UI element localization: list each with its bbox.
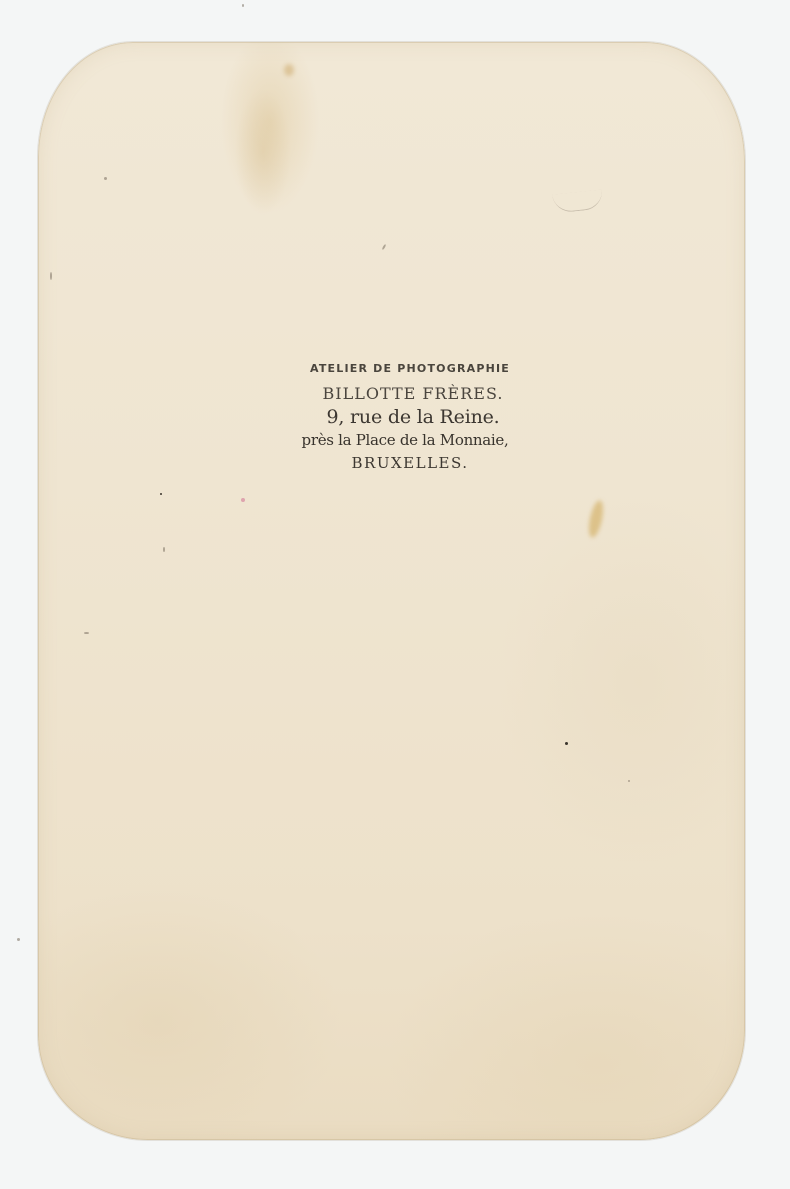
- faint-pencil-mark: [552, 189, 604, 213]
- speck: [84, 632, 89, 634]
- speck: [628, 780, 630, 782]
- stamp-city: BRUXELLES.: [242, 454, 578, 472]
- speck: [241, 498, 245, 502]
- speck: [50, 272, 52, 280]
- stamp-street-address: 9, rue de la Reine.: [248, 406, 578, 428]
- photographer-stamp: ATELIER DE PHOTOGRAPHIE BILLOTTE FRÈRES.…: [248, 362, 578, 472]
- stamp-studio-name: BILLOTTE FRÈRES.: [248, 384, 578, 403]
- scan-background: ATELIER DE PHOTOGRAPHIE BILLOTTE FRÈRES.…: [0, 0, 790, 1189]
- speck: [382, 244, 387, 250]
- speck: [163, 547, 165, 552]
- speck: [104, 177, 107, 180]
- foxing-stain-right: [586, 499, 606, 539]
- carte-de-visite-card-back: ATELIER DE PHOTOGRAPHIE BILLOTTE FRÈRES.…: [38, 42, 745, 1140]
- dust-speck: [242, 4, 244, 7]
- foxing-stain-top: [284, 64, 294, 76]
- stamp-address-landmark: près la Place de la Monnaie,: [232, 431, 578, 449]
- stamp-studio-label: ATELIER DE PHOTOGRAPHIE: [242, 362, 578, 375]
- speck: [565, 742, 568, 745]
- speck: [160, 493, 162, 495]
- dust-speck: [17, 938, 20, 941]
